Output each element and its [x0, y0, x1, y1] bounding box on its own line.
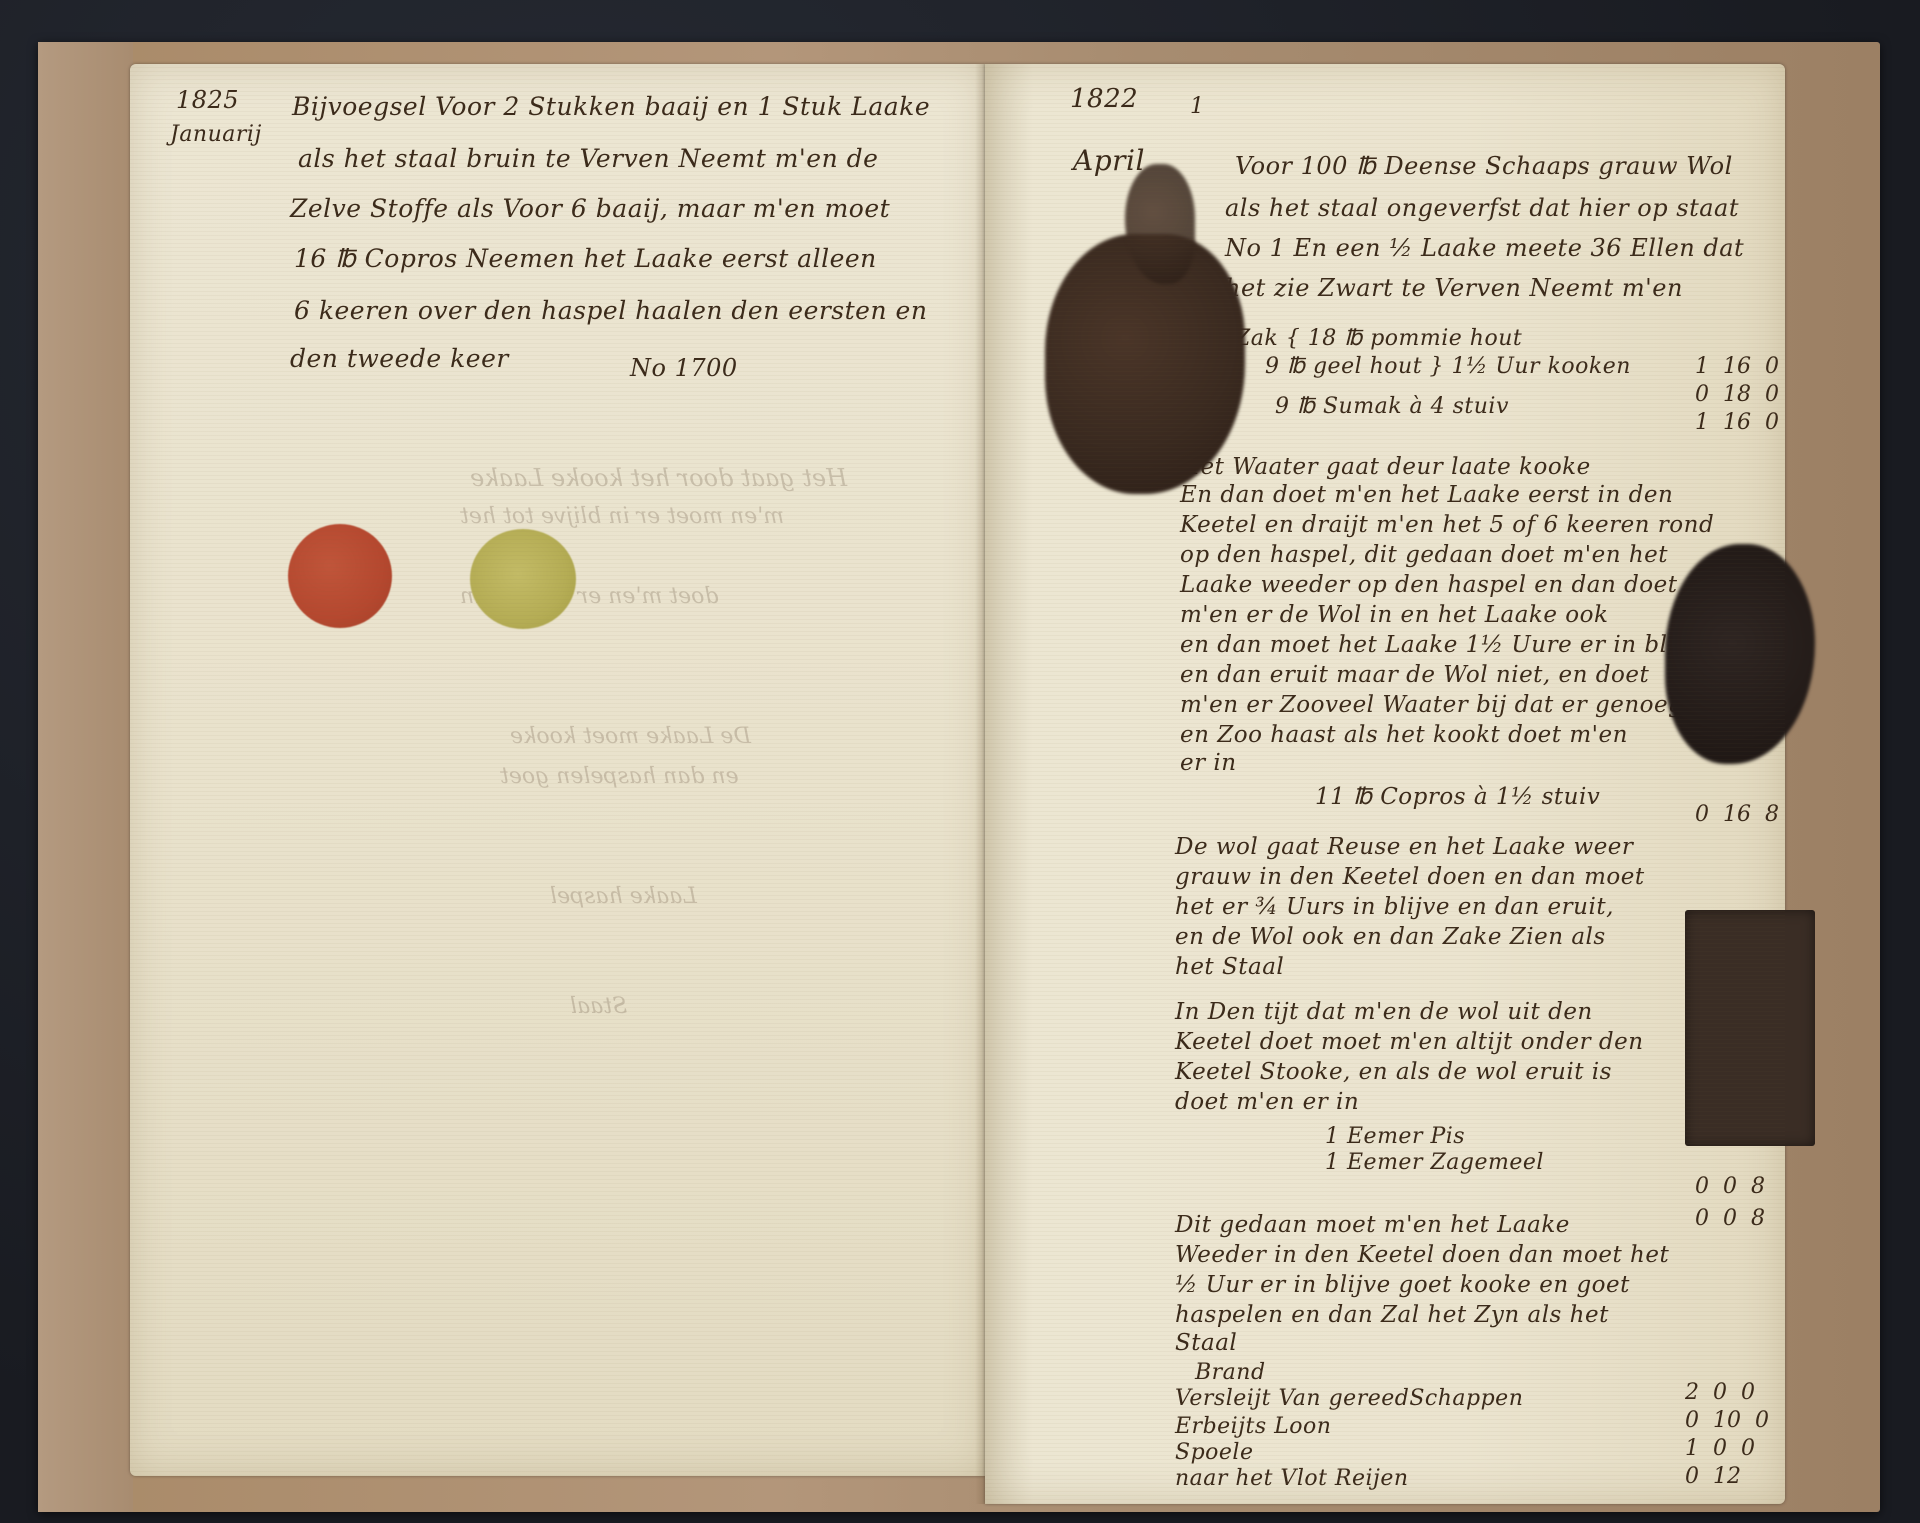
right-year: 1822	[1070, 84, 1138, 114]
p1-line-7: en dan moet het Laake 1½ Uure er in blij…	[1180, 632, 1711, 658]
right-page: 1822 1 April Voor 100 ℔ Deense Schaaps g…	[985, 64, 1785, 1504]
ingredient-3-amount: 1 16 0	[1695, 410, 1779, 435]
copros-line: 11 ℔ Copros à 1½ stuiv	[1315, 784, 1600, 810]
ingredient-2: 9 ℔ geel hout } 1½ Uur kooken	[1265, 354, 1631, 379]
p4-line-3: ½ Uur er in blijve goet kooke en goet	[1175, 1272, 1630, 1298]
intro-line-1: Voor 100 ℔ Deense Schaaps grauw Wol	[1235, 152, 1733, 180]
addition-2: 1 Eemer Zagemeel	[1325, 1150, 1544, 1175]
left-month: Januarij	[170, 122, 262, 147]
addition-1-amount: 0 0 8	[1695, 1174, 1765, 1199]
p2-line-5: het Staal	[1175, 954, 1284, 980]
ingredient-1: Zak { 18 ℔ pommie hout	[1235, 326, 1522, 351]
p3-line-3: Keetel Stooke, en als de wol eruit is	[1175, 1059, 1612, 1085]
ingredient-2-amount: 0 18 0	[1695, 382, 1779, 407]
right-page-mark: 1	[1190, 94, 1205, 119]
p2-line-4: en de Wol ook en dan Zake Zien als	[1175, 924, 1606, 950]
copros-amount: 0 16 8	[1695, 802, 1779, 827]
p1-line-4: op den haspel, dit gedaan doet m'en het	[1180, 542, 1668, 568]
left-line-3: Zelve Stoffe als Voor 6 baaij, maar m'en…	[290, 194, 890, 223]
left-number: No 1700	[630, 354, 738, 382]
p3-line-4: doet m'en er in	[1175, 1089, 1359, 1115]
cost-2-amount: 0 10 0	[1685, 1408, 1769, 1433]
cloth-sample	[1685, 910, 1815, 1146]
cost-1-amount: 2 0 0	[1685, 1380, 1755, 1405]
ingredient-1-amount: 1 16 0	[1695, 354, 1779, 379]
left-line-1: Bijvoegsel Voor 2 Stukken baaij en 1 Stu…	[292, 92, 930, 121]
red-dye-swatch	[288, 524, 392, 628]
p1-line-11: er in	[1180, 750, 1237, 776]
cost-5: naar het Vlot Reijen	[1175, 1466, 1409, 1491]
left-line-2: als het staal bruin te Verven Neemt m'en…	[298, 144, 878, 173]
p3-line-2: Keetel doet moet m'en altijt onder den	[1175, 1029, 1644, 1055]
left-line-6: den tweede keer	[290, 344, 509, 373]
p1-line-3: Keetel en draijt m'en het 5 of 6 keeren …	[1180, 512, 1714, 538]
p1-line-6: m'en er de Wol in en het Laake ook	[1180, 602, 1608, 628]
p1-line-10: en Zoo haast als het kookt doet m'en	[1180, 722, 1628, 748]
wrapper-fold	[38, 42, 133, 1512]
addition-1: 1 Eemer Pis	[1325, 1124, 1465, 1149]
intro-line-3: No 1 En een ½ Laake meete 36 Ellen dat	[1225, 234, 1744, 262]
cost-2: Versleijt Van gereedSchappen	[1175, 1386, 1523, 1411]
intro-line-2: als het staal ongeverfst dat hier op sta…	[1225, 194, 1739, 222]
p2-line-2: grauw in den Keetel doen en dan moet	[1175, 864, 1645, 890]
p1-line-1: Het Waater gaat deur laate kooke	[1180, 454, 1591, 480]
p2-line-1: De wol gaat Reuse en het Laake weer	[1175, 834, 1633, 860]
p1-line-5: Laake weeder op den haspel en dan doet	[1180, 572, 1678, 598]
cost-4: Spoele	[1175, 1440, 1253, 1465]
right-month: April	[1073, 144, 1145, 177]
p4-line-2: Weeder in den Keetel doen dan moet het	[1175, 1242, 1669, 1268]
p4-line-1: Dit gedaan moet m'en het Laake	[1175, 1212, 1570, 1238]
intro-line-4: het zie Zwart te Verven Neemt m'en	[1225, 274, 1683, 302]
p3-line-1: In Den tijt dat m'en de wol uit den	[1175, 999, 1593, 1025]
p1-line-8: en dan eruit maar de Wol niet, en doet	[1180, 662, 1649, 688]
cost-4-amount: 0 12	[1685, 1464, 1755, 1489]
yellow-dye-swatch	[470, 529, 576, 629]
left-line-5: 6 keeren over den haspel haalen den eers…	[294, 296, 927, 325]
p1-line-2: En dan doet m'en het Laake eerst in den	[1180, 482, 1673, 508]
p4-line-4: haspelen en dan Zal het Zyn als het	[1175, 1302, 1609, 1328]
p1-line-9: m'en er Zooveel Waater bij dat er genoeg…	[1180, 692, 1711, 718]
addition-2-amount: 0 0 8	[1695, 1206, 1765, 1231]
cost-3-amount: 1 0 0	[1685, 1436, 1755, 1461]
p2-line-3: het er ¾ Uurs in blijve en dan eruit,	[1175, 894, 1614, 920]
ingredient-3: 9 ℔ Sumak à 4 stuiv	[1275, 394, 1509, 419]
left-line-4: 16 ℔ Copros Neemen het Laake eerst allee…	[294, 244, 877, 273]
left-page: 1825 Januarij Bijvoegsel Voor 2 Stukken …	[130, 64, 985, 1476]
left-year: 1825	[176, 86, 239, 114]
p4-line-5: Staal	[1175, 1330, 1237, 1356]
cost-3: Erbeijts Loon	[1175, 1414, 1331, 1439]
cost-1: Brand	[1195, 1360, 1266, 1385]
